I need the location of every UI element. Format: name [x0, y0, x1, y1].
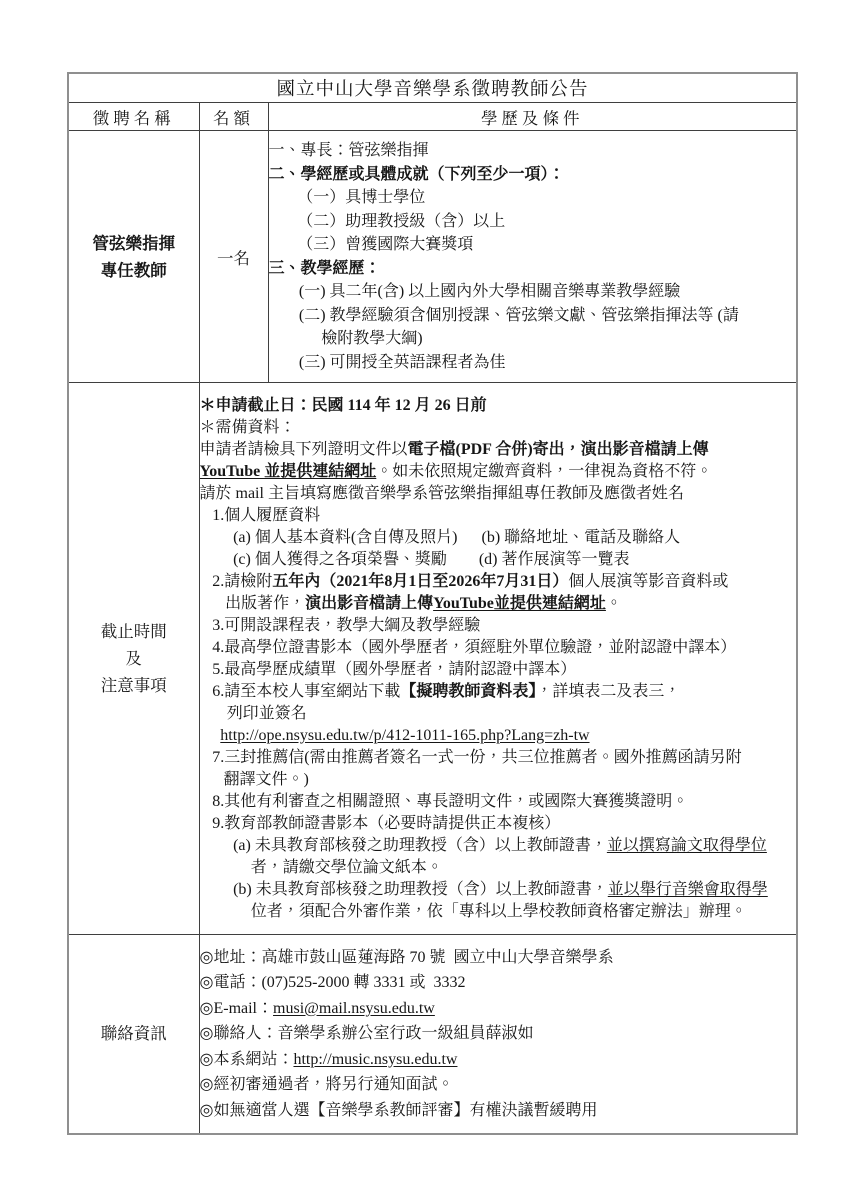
text-line: ◎地址：高雄市鼓山區蓮海路 70 號 國立中山大學音樂學系 [200, 945, 797, 971]
contact-label-cell: 聯絡資訊 [68, 935, 199, 1134]
text-segment: 位者，須配合外審作業，依「專科以上學校教師資格審定辦法」辦理。 [251, 903, 747, 920]
text-line: 4.最高學位證書影本（國外學歷者，須經駐外單位驗證，並附認證中譯本） [200, 637, 797, 659]
text-segment: 請於 mail 主旨填寫應徵音樂學系管弦樂指揮組專任教師及應徵者姓名 [200, 485, 684, 502]
text-line: ◎電話：(07)525-2000 轉 3331 或 3332 [200, 970, 797, 996]
text-segment: 管弦樂指揮 [93, 234, 176, 253]
header-qualifications: 學歷及條件 [268, 103, 797, 131]
text-line: (c) 個人獲得之各項榮譽、獎勵 (d) 著作展演等一覽表 [200, 549, 797, 571]
text-line: 三、教學經歷： [269, 257, 797, 281]
text-line: (一) 具二年(含) 以上國內外大學相關音樂專業教學經驗 [269, 280, 797, 304]
deadline-notes-content-cell: ＊申請截止日：民國 114 年 12 月 26 日前＊需備資料：申請者請檢具下列… [199, 383, 797, 935]
text-segment: ◎E-mail： [200, 1000, 274, 1017]
text-segment: YouTube 並提供連結網址 [200, 463, 377, 480]
text-segment: （二）助理教授級（含）以上 [297, 213, 505, 230]
text-segment: 注意事項 [101, 676, 167, 695]
text-line: 管弦樂指揮 [69, 230, 199, 257]
text-segment: (c) 個人獲得之各項榮譽、獎勵 (d) 著作展演等一覽表 [233, 551, 629, 568]
text-segment: 並以舉行音樂會取得學 [608, 881, 768, 898]
text-segment: 7.三封推薦信(需由推薦者簽名一式一份，共三位推薦者。國外推薦函請另附 [212, 749, 741, 766]
text-line: ◎如無適當人選【音樂學系教師評審】有權決議暫緩聘用 [200, 1098, 797, 1124]
text-segment: 4.最高學位證書影本（國外學歷者，須經駐外單位驗證，並附認證中譯本） [212, 639, 736, 656]
text-segment: 截止時間 [101, 622, 167, 641]
text-line: 2.請檢附五年內（2021年8月1日至2026年7月31日）個人展演等影音資料或 [200, 571, 797, 593]
text-line: ＊需備資料： [200, 417, 797, 439]
text-segment: （三）曾獲國際大賽獎項 [297, 236, 473, 253]
text-segment: 翻譯文件。) [224, 771, 309, 788]
text-line: 及 [69, 645, 199, 672]
qualifications-cell: 一、專長：管弦樂指揮二、學經歷或具體成就（下列至少一項）：（一）具博士學位（二）… [268, 131, 797, 383]
text-segment: (一) 具二年(含) 以上國內外大學相關音樂專業教學經驗 [299, 283, 680, 300]
text-segment: 。如未依照規定繳齊資料，一律視為資格不符。 [376, 463, 712, 480]
text-line: 6.請至本校人事室網站下載【擬聘教師資料表】，詳填表二及表三， [200, 681, 797, 703]
text-line: （三）曾獲國際大賽獎項 [269, 233, 797, 257]
text-line: 位者，須配合外審作業，依「專科以上學校教師資格審定辦法」辦理。 [200, 901, 797, 923]
text-segment: (a) 未具教育部核發之助理教授（含）以上教師證書， [233, 837, 607, 854]
position-name-cell: 管弦樂指揮專任教師 [68, 131, 199, 383]
text-segment: 2.請檢附 [212, 573, 272, 590]
text-line: 9.教育部教師證書影本（必要時請提供正本複核） [200, 813, 797, 835]
text-segment: 並以撰寫論文取得學位 [607, 837, 767, 854]
header-quota: 名額 [199, 103, 268, 131]
text-line: (三) 可開授全英語課程者為佳 [269, 351, 797, 375]
text-segment: 申請者請檢具下列證明文件以 [200, 441, 408, 458]
text-segment: (b) 未具教育部核發之助理教授（含）以上教師證書， [233, 881, 608, 898]
text-line: 二、學經歷或具體成就（下列至少一項）： [269, 163, 797, 187]
text-segment: 及 [126, 649, 143, 668]
hyperlink[interactable]: http://ope.nsysu.edu.tw/p/412-1011-165.p… [220, 727, 589, 744]
text-segment: 三、教學經歷： [269, 260, 381, 277]
text-segment: 【擬聘教師資料表】 [400, 683, 536, 700]
text-line: 3.可開設課程表，教學大綱及教學經驗 [200, 615, 797, 637]
hyperlink[interactable]: musi@mail.nsysu.edu.tw [273, 1000, 435, 1017]
text-segment: ◎地址：高雄市鼓山區蓮海路 70 號 國立中山大學音樂學系 [200, 949, 614, 966]
text-line: 專任教師 [69, 257, 199, 284]
text-line: 者，請繳交學位論文紙本。 [200, 857, 797, 879]
text-line: 8.其他有利審查之相關證照、專長證明文件，或國際大賽獲獎證明。 [200, 791, 797, 813]
text-segment: ◎本系網站： [200, 1051, 294, 1068]
text-segment: (二) 教學經驗須含個別授課、管弦樂文獻、管弦樂指揮法等 (請 [299, 307, 739, 324]
deadline-notes-label-cell: 截止時間及注意事項 [68, 383, 199, 935]
text-segment: (a) 個人基本資料(含自傳及照片) (b) 聯絡地址、電話及聯絡人 [233, 529, 680, 546]
text-line: 列印並簽名 [200, 703, 797, 725]
text-segment: ＊需備資料： [200, 419, 296, 436]
text-line: （二）助理教授級（含）以上 [269, 210, 797, 234]
text-line: ◎本系網站：http://music.nsysu.edu.tw [200, 1047, 797, 1073]
text-line: （一）具博士學位 [269, 186, 797, 210]
text-segment: 五年內（2021年8月1日至2026年7月31日） [272, 573, 568, 590]
text-line: http://ope.nsysu.edu.tw/p/412-1011-165.p… [200, 725, 797, 747]
text-line: ◎經初審通過者，將另行通知面試。 [200, 1072, 797, 1098]
text-line: 聯絡資訊 [69, 1020, 199, 1047]
text-segment: 1.個人履歷資料 [212, 507, 320, 524]
hyperlink[interactable]: http://music.nsysu.edu.tw [293, 1051, 457, 1068]
text-segment: ，詳填表二及表三， [536, 683, 680, 700]
text-segment: 演出影音檔請上傳 [305, 595, 433, 612]
text-segment: 一、專長：管弦樂指揮 [269, 142, 429, 159]
text-line: 檢附教學大綱) [269, 327, 797, 351]
contact-content-cell: ◎地址：高雄市鼓山區蓮海路 70 號 國立中山大學音樂學系◎電話：(07)525… [199, 935, 797, 1134]
document-page: 國立中山大學音樂學系徵聘教師公告 徵聘名稱 名額 學歷及條件 管弦樂指揮專任教師… [0, 0, 849, 1200]
text-segment: 8.其他有利審查之相關證照、專長證明文件，或國際大賽獲獎證明。 [212, 793, 688, 810]
text-segment: 檢附教學大綱) [321, 330, 422, 347]
text-line: 一、專長：管弦樂指揮 [269, 139, 797, 163]
text-segment: 個人展演等影音資料或 [568, 573, 728, 590]
text-segment: ◎聯絡人：音樂學系辦公室行政一級組員薛淑如 [200, 1025, 534, 1042]
text-segment: 二、學經歷或具體成就（下列至少一項）： [269, 166, 565, 183]
text-line: ＊申請截止日：民國 114 年 12 月 26 日前 [200, 395, 797, 417]
text-segment: 6.請至本校人事室網站下載 [212, 683, 400, 700]
text-segment: 電子檔(PDF 合併)寄出，演出影音檔請上傳 [408, 441, 709, 458]
document-title: 國立中山大學音樂學系徵聘教師公告 [68, 73, 797, 103]
announcement-table: 國立中山大學音樂學系徵聘教師公告 徵聘名稱 名額 學歷及條件 管弦樂指揮專任教師… [67, 72, 798, 1135]
quota-cell: 一名 [199, 131, 268, 383]
text-segment: YouTube並提供連結網址 [433, 595, 606, 612]
text-segment: (三) 可開授全英語課程者為佳 [299, 354, 506, 371]
text-segment: 3.可開設課程表，教學大綱及教學經驗 [212, 617, 480, 634]
text-segment: 出版著作， [225, 595, 305, 612]
text-line: (a) 個人基本資料(含自傳及照片) (b) 聯絡地址、電話及聯絡人 [200, 527, 797, 549]
text-segment: ◎如無適當人選【音樂學系教師評審】有權決議暫緩聘用 [200, 1102, 598, 1119]
text-segment: ◎電話：(07)525-2000 轉 3331 或 3332 [200, 974, 466, 991]
text-line: (二) 教學經驗須含個別授課、管弦樂文獻、管弦樂指揮法等 (請 [269, 304, 797, 328]
text-line: 請於 mail 主旨填寫應徵音樂學系管弦樂指揮組專任教師及應徵者姓名 [200, 483, 797, 505]
header-position-title: 徵聘名稱 [68, 103, 199, 131]
text-segment: 專任教師 [101, 261, 167, 280]
text-line: 翻譯文件。) [200, 769, 797, 791]
text-line: 出版著作，演出影音檔請上傳YouTube並提供連結網址。 [200, 593, 797, 615]
text-line: 申請者請檢具下列證明文件以電子檔(PDF 合併)寄出，演出影音檔請上傳 [200, 439, 797, 461]
text-segment: ＊申請截止日：民國 114 年 12 月 26 日前 [200, 397, 487, 414]
text-line: 截止時間 [69, 618, 199, 645]
text-line: ◎聯絡人：音樂學系辦公室行政一級組員薛淑如 [200, 1021, 797, 1047]
text-line: ◎E-mail：musi@mail.nsysu.edu.tw [200, 996, 797, 1022]
text-line: (b) 未具教育部核發之助理教授（含）以上教師證書，並以舉行音樂會取得學 [200, 879, 797, 901]
text-segment: 9.教育部教師證書影本（必要時請提供正本複核） [212, 815, 560, 832]
text-segment: 5.最高學歷成績單（國外學歷者，請附認證中譯本） [212, 661, 576, 678]
text-line: (a) 未具教育部核發之助理教授（含）以上教師證書，並以撰寫論文取得學位 [200, 835, 797, 857]
text-segment: 者，請繳交學位論文紙本。 [251, 859, 443, 876]
text-line: 注意事項 [69, 672, 199, 699]
text-line: 1.個人履歷資料 [200, 505, 797, 527]
text-segment: 聯絡資訊 [101, 1024, 167, 1043]
text-line: 7.三封推薦信(需由推薦者簽名一式一份，共三位推薦者。國外推薦函請另附 [200, 747, 797, 769]
text-line: YouTube 並提供連結網址。如未依照規定繳齊資料，一律視為資格不符。 [200, 461, 797, 483]
text-segment: 。 [606, 595, 622, 612]
text-segment: 列印並簽名 [227, 705, 307, 722]
text-segment: ◎經初審通過者，將另行通知面試。 [200, 1076, 454, 1093]
text-line: 5.最高學歷成績單（國外學歷者，請附認證中譯本） [200, 659, 797, 681]
text-segment: （一）具博士學位 [297, 189, 425, 206]
